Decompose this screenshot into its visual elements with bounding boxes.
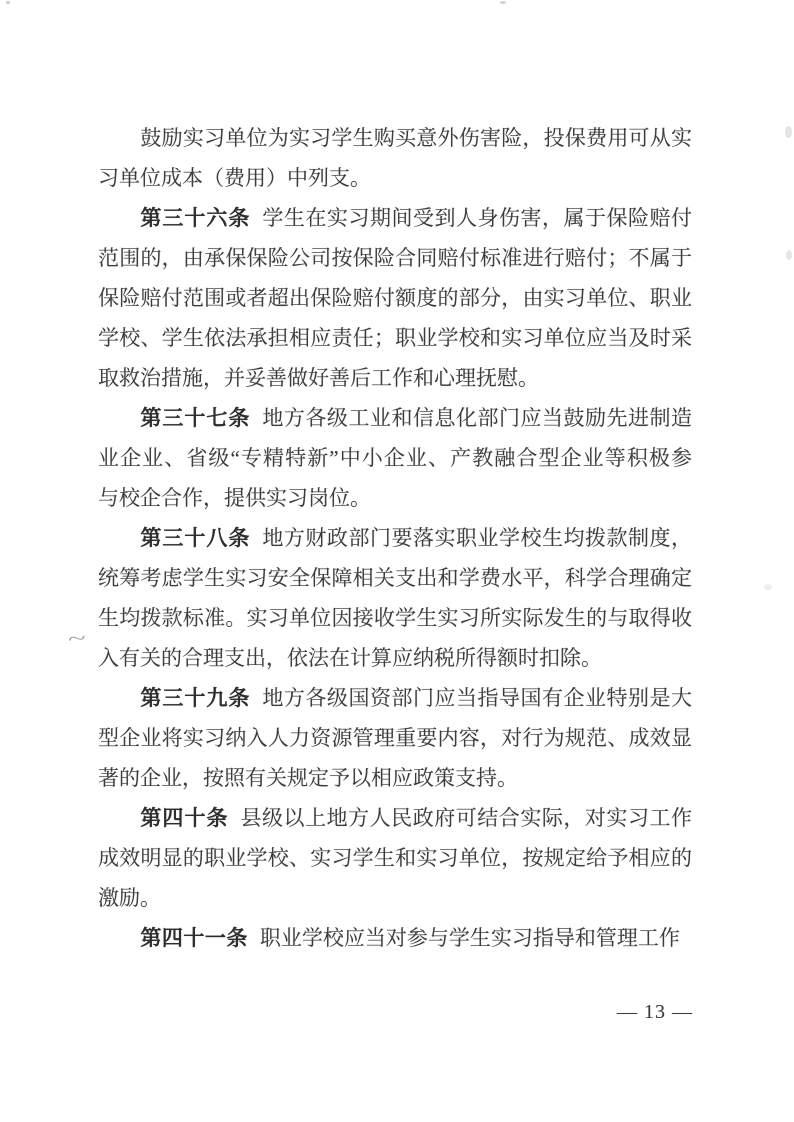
- text-line: 激励。: [98, 878, 692, 918]
- scan-speck: [785, 126, 792, 138]
- text-line: 业企业、省级“专精特新”中小企业、产教融合型企业等积极参: [98, 438, 692, 478]
- article-number: 第三十六条: [140, 206, 250, 230]
- scan-speck: [6, 1, 10, 4]
- text-line: 范围的，由承保保险公司按保险合同赔付标准进行赔付；不属于: [98, 238, 692, 278]
- text-line: 第三十八条地方财政部门要落实职业学校生均拨款制度，: [98, 518, 692, 558]
- scan-speck: [786, 250, 792, 260]
- text-line: 第四十一条职业学校应当对参与学生实习指导和管理工作: [98, 918, 692, 958]
- text-line: 第三十九条地方各级国资部门应当指导国有企业特别是大: [98, 678, 692, 718]
- text-line: 型企业将实习纳入人力资源管理重要内容，对行为规范、成效显: [98, 718, 692, 758]
- margin-squiggle-mark: ~: [66, 625, 88, 652]
- article-number: 第四十条: [140, 806, 228, 830]
- text-line: 与校企合作，提供实习岗位。: [98, 478, 692, 518]
- text-line: 第三十六条学生在实习期间受到人身伤害，属于保险赔付: [98, 198, 692, 238]
- article-number: 第三十七条: [140, 406, 250, 430]
- scan-speck: [764, 584, 772, 590]
- article-number: 第三十九条: [140, 686, 250, 710]
- text-line: 成效明显的职业学校、实习学生和实习单位，按规定给予相应的: [98, 838, 692, 878]
- text-line: 第四十条县级以上地方人民政府可结合实际，对实习工作: [98, 798, 692, 838]
- text-line: 生均拨款标准。实习单位因接收学生实习所实际发生的与取得收: [98, 598, 692, 638]
- text-line: 第三十七条地方各级工业和信息化部门应当鼓励先进制造: [98, 398, 692, 438]
- page-number: — 13 —: [598, 998, 712, 1026]
- text-line: 习单位成本（费用）中列支。: [98, 158, 692, 198]
- text-line: 著的企业，按照有关规定予以相应政策支持。: [98, 758, 692, 798]
- scan-speck: [500, 1, 506, 4]
- article-number: 第三十八条: [140, 526, 250, 550]
- text-line: 保险赔付范围或者超出保险赔付额度的部分，由实习单位、职业: [98, 278, 692, 318]
- text-line: 取救治措施，并妥善做好善后工作和心理抚慰。: [98, 358, 692, 398]
- text-line: 统筹考虑学生实习安全保障相关支出和学费水平，科学合理确定: [98, 558, 692, 598]
- article-number: 第四十一条: [140, 926, 248, 950]
- text-line: 学校、学生依法承担相应责任；职业学校和实习单位应当及时采: [98, 318, 692, 358]
- document-page: 鼓励实习单位为实习学生购买意外伤害险，投保费用可从实习单位成本（费用）中列支。第…: [0, 0, 794, 1122]
- document-text: 鼓励实习单位为实习学生购买意外伤害险，投保费用可从实习单位成本（费用）中列支。第…: [98, 118, 692, 958]
- text-line: 鼓励实习单位为实习学生购买意外伤害险，投保费用可从实: [98, 118, 692, 158]
- text-line: 入有关的合理支出，依法在计算应纳税所得额时扣除。: [98, 638, 692, 678]
